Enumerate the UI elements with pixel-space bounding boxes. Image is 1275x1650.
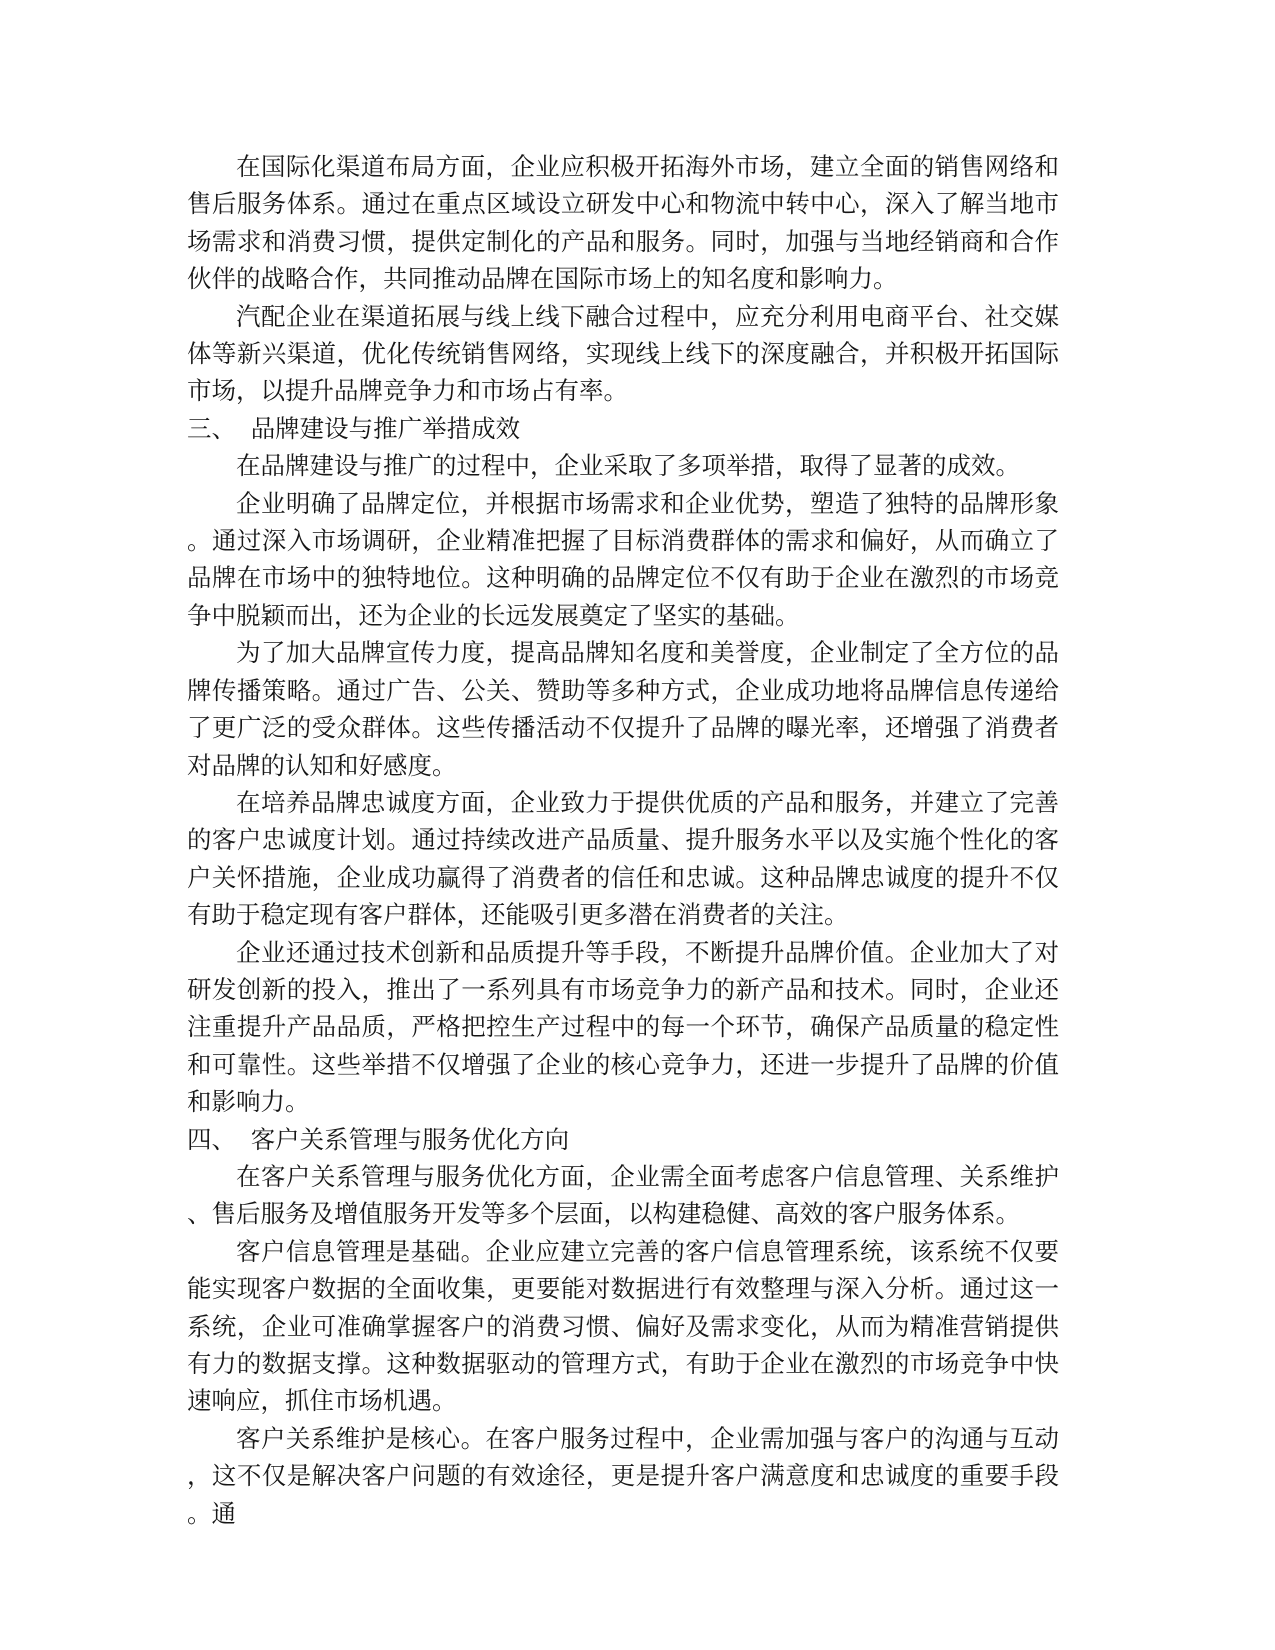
- section-title: 客户关系管理与服务优化方向: [251, 1127, 570, 1154]
- section-heading: 四、客户关系管理与服务优化方向: [187, 1122, 1059, 1159]
- document-text-block: 在国际化渠道布局方面，企业应积极开拓海外市场，建立全面的销售网络和售后服务体系。…: [187, 149, 1059, 1533]
- document-page: 在国际化渠道布局方面，企业应积极开拓海外市场，建立全面的销售网络和售后服务体系。…: [0, 0, 1275, 1650]
- paragraph: 客户信息管理是基础。企业应建立完善的客户信息管理系统，该系统不仅要能实现客户数据…: [187, 1234, 1059, 1421]
- section-number: 三、: [187, 416, 236, 443]
- paragraph: 企业还通过技术创新和品质提升等手段，不断提升品牌价值。企业加大了对研发创新的投入…: [187, 935, 1059, 1122]
- paragraph: 客户关系维护是核心。在客户服务过程中，企业需加强与客户的沟通与互动，这不仅是解决…: [187, 1421, 1059, 1533]
- paragraph: 企业明确了品牌定位，并根据市场需求和企业优势，塑造了独特的品牌形象。通过深入市场…: [187, 486, 1059, 636]
- section-title: 品牌建设与推广举措成效: [251, 416, 521, 443]
- paragraph: 在品牌建设与推广的过程中，企业采取了多项举措，取得了显著的成效。: [187, 448, 1059, 485]
- paragraph: 汽配企业在渠道拓展与线上线下融合过程中，应充分利用电商平台、社交媒体等新兴渠道，…: [187, 299, 1059, 411]
- paragraph: 在培养品牌忠诚度方面，企业致力于提供优质的产品和服务，并建立了完善的客户忠诚度计…: [187, 785, 1059, 935]
- paragraph: 在客户关系管理与服务优化方面，企业需全面考虑客户信息管理、关系维护、售后服务及增…: [187, 1159, 1059, 1234]
- paragraph: 为了加大品牌宣传力度，提高品牌知名度和美誉度，企业制定了全方位的品牌传播策略。通…: [187, 635, 1059, 785]
- section-heading: 三、品牌建设与推广举措成效: [187, 411, 1059, 448]
- paragraph: 在国际化渠道布局方面，企业应积极开拓海外市场，建立全面的销售网络和售后服务体系。…: [187, 149, 1059, 299]
- section-number: 四、: [187, 1127, 236, 1154]
